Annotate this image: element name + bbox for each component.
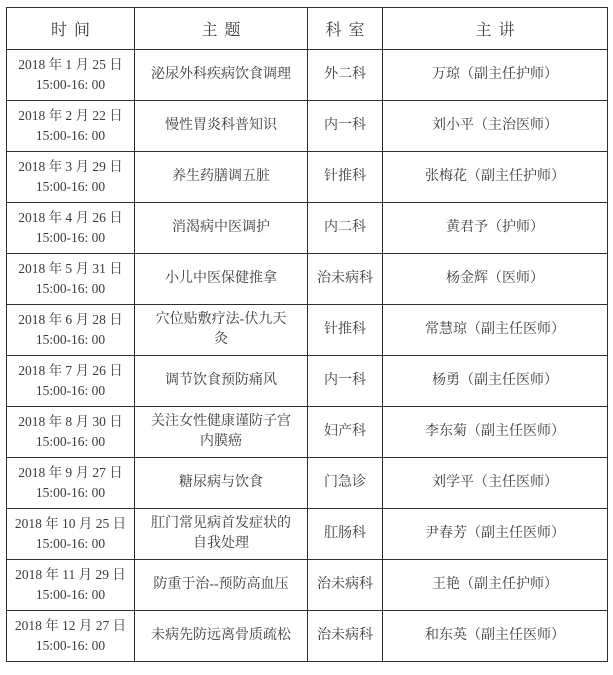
time-cell: 2018 年 12 月 27 日 15:00-16: 00 <box>7 611 135 662</box>
topic-cell: 关注女性健康谨防子宫内膜癌 <box>135 407 308 458</box>
table-row: 2018 年 7 月 26 日 15:00-16: 00 调节饮食预防痛风 内一… <box>7 356 608 407</box>
time-cell: 2018 年 2 月 22 日 15:00-16: 00 <box>7 101 135 152</box>
topic-cell: 肛门常见病首发症状的自我处理 <box>135 509 308 560</box>
dept-cell: 外二科 <box>308 50 383 101</box>
dept-cell: 门急诊 <box>308 458 383 509</box>
dept-cell: 肛肠科 <box>308 509 383 560</box>
time-cell: 2018 年 8 月 30 日 15:00-16: 00 <box>7 407 135 458</box>
column-header-speaker: 主讲 <box>383 8 608 50</box>
table-row: 2018 年 4 月 26 日 15:00-16: 00 消渴病中医调护 内二科… <box>7 203 608 254</box>
topic-cell: 小儿中医保健推拿 <box>135 254 308 305</box>
dept-cell: 内一科 <box>308 356 383 407</box>
column-header-dept: 科室 <box>308 8 383 50</box>
dept-cell: 针推科 <box>308 152 383 203</box>
speaker-cell: 刘学平（主任医师） <box>383 458 608 509</box>
header-row: 时间 主题 科室 主讲 <box>7 8 608 50</box>
table-row: 2018 年 8 月 30 日 15:00-16: 00 关注女性健康谨防子宫内… <box>7 407 608 458</box>
topic-cell: 防重于治--预防高血压 <box>135 560 308 611</box>
time-cell: 2018 年 1 月 25 日 15:00-16: 00 <box>7 50 135 101</box>
dept-cell: 妇产科 <box>308 407 383 458</box>
speaker-cell: 尹春芳（副主任医师） <box>383 509 608 560</box>
topic-cell-highlighted[interactable]: 调节饮食预防痛风 <box>135 356 308 407</box>
speaker-cell: 张梅花（副主任护师） <box>383 152 608 203</box>
topic-cell: 慢性胃炎科普知识 <box>135 101 308 152</box>
dept-cell: 治未病科 <box>308 611 383 662</box>
time-cell: 2018 年 6 月 28 日 15:00-16: 00 <box>7 305 135 356</box>
topic-cell: 养生药膳调五脏 <box>135 152 308 203</box>
topic-cell: 泌尿外科疾病饮食调理 <box>135 50 308 101</box>
time-cell: 2018 年 9 月 27 日 15:00-16: 00 <box>7 458 135 509</box>
time-cell: 2018 年 11 月 29 日 15:00-16: 00 <box>7 560 135 611</box>
dept-cell: 治未病科 <box>308 560 383 611</box>
time-cell: 2018 年 4 月 26 日 15:00-16: 00 <box>7 203 135 254</box>
speaker-cell: 王艳（副主任护师） <box>383 560 608 611</box>
speaker-cell: 黄君予（护师） <box>383 203 608 254</box>
time-cell: 2018 年 3 月 29 日 15:00-16: 00 <box>7 152 135 203</box>
topic-cell-highlighted[interactable]: 糖尿病与饮食 <box>135 458 308 509</box>
topic-cell: 穴位贴敷疗法-伏九天灸 <box>135 305 308 356</box>
table-row: 2018 年 5 月 31 日 15:00-16: 00 小儿中医保健推拿 治未… <box>7 254 608 305</box>
speaker-cell: 刘小平（主治医师） <box>383 101 608 152</box>
table-row: 2018 年 10 月 25 日 15:00-16: 00 肛门常见病首发症状的… <box>7 509 608 560</box>
table-row: 2018 年 11 月 29 日 15:00-16: 00 防重于治--预防高血… <box>7 560 608 611</box>
topic-cell: 未病先防远离骨质疏松 <box>135 611 308 662</box>
table-row: 2018 年 9 月 27 日 15:00-16: 00 糖尿病与饮食 门急诊 … <box>7 458 608 509</box>
speaker-cell: 和东英（副主任医师） <box>383 611 608 662</box>
dept-cell: 针推科 <box>308 305 383 356</box>
dept-cell: 治未病科 <box>308 254 383 305</box>
table-row: 2018 年 1 月 25 日 15:00-16: 00 泌尿外科疾病饮食调理 … <box>7 50 608 101</box>
time-cell: 2018 年 10 月 25 日 15:00-16: 00 <box>7 509 135 560</box>
topic-cell: 消渴病中医调护 <box>135 203 308 254</box>
table-row: 2018 年 2 月 22 日 15:00-16: 00 慢性胃炎科普知识 内一… <box>7 101 608 152</box>
lecture-schedule-table: 时间 主题 科室 主讲 2018 年 1 月 25 日 15:00-16: 00… <box>6 7 608 662</box>
speaker-cell: 李东菊（副主任医师） <box>383 407 608 458</box>
column-header-topic: 主题 <box>135 8 308 50</box>
time-cell: 2018 年 5 月 31 日 15:00-16: 00 <box>7 254 135 305</box>
dept-cell: 内二科 <box>308 203 383 254</box>
table-row: 2018 年 6 月 28 日 15:00-16: 00 穴位贴敷疗法-伏九天灸… <box>7 305 608 356</box>
speaker-cell: 杨勇（副主任医师） <box>383 356 608 407</box>
speaker-cell: 常慧琼（副主任医师） <box>383 305 608 356</box>
table-row: 2018 年 3 月 29 日 15:00-16: 00 养生药膳调五脏 针推科… <box>7 152 608 203</box>
speaker-cell: 万琼（副主任护师） <box>383 50 608 101</box>
time-cell: 2018 年 7 月 26 日 15:00-16: 00 <box>7 356 135 407</box>
column-header-time: 时间 <box>7 8 135 50</box>
table-row: 2018 年 12 月 27 日 15:00-16: 00 未病先防远离骨质疏松… <box>7 611 608 662</box>
dept-cell: 内一科 <box>308 101 383 152</box>
speaker-cell: 杨金辉（医师） <box>383 254 608 305</box>
